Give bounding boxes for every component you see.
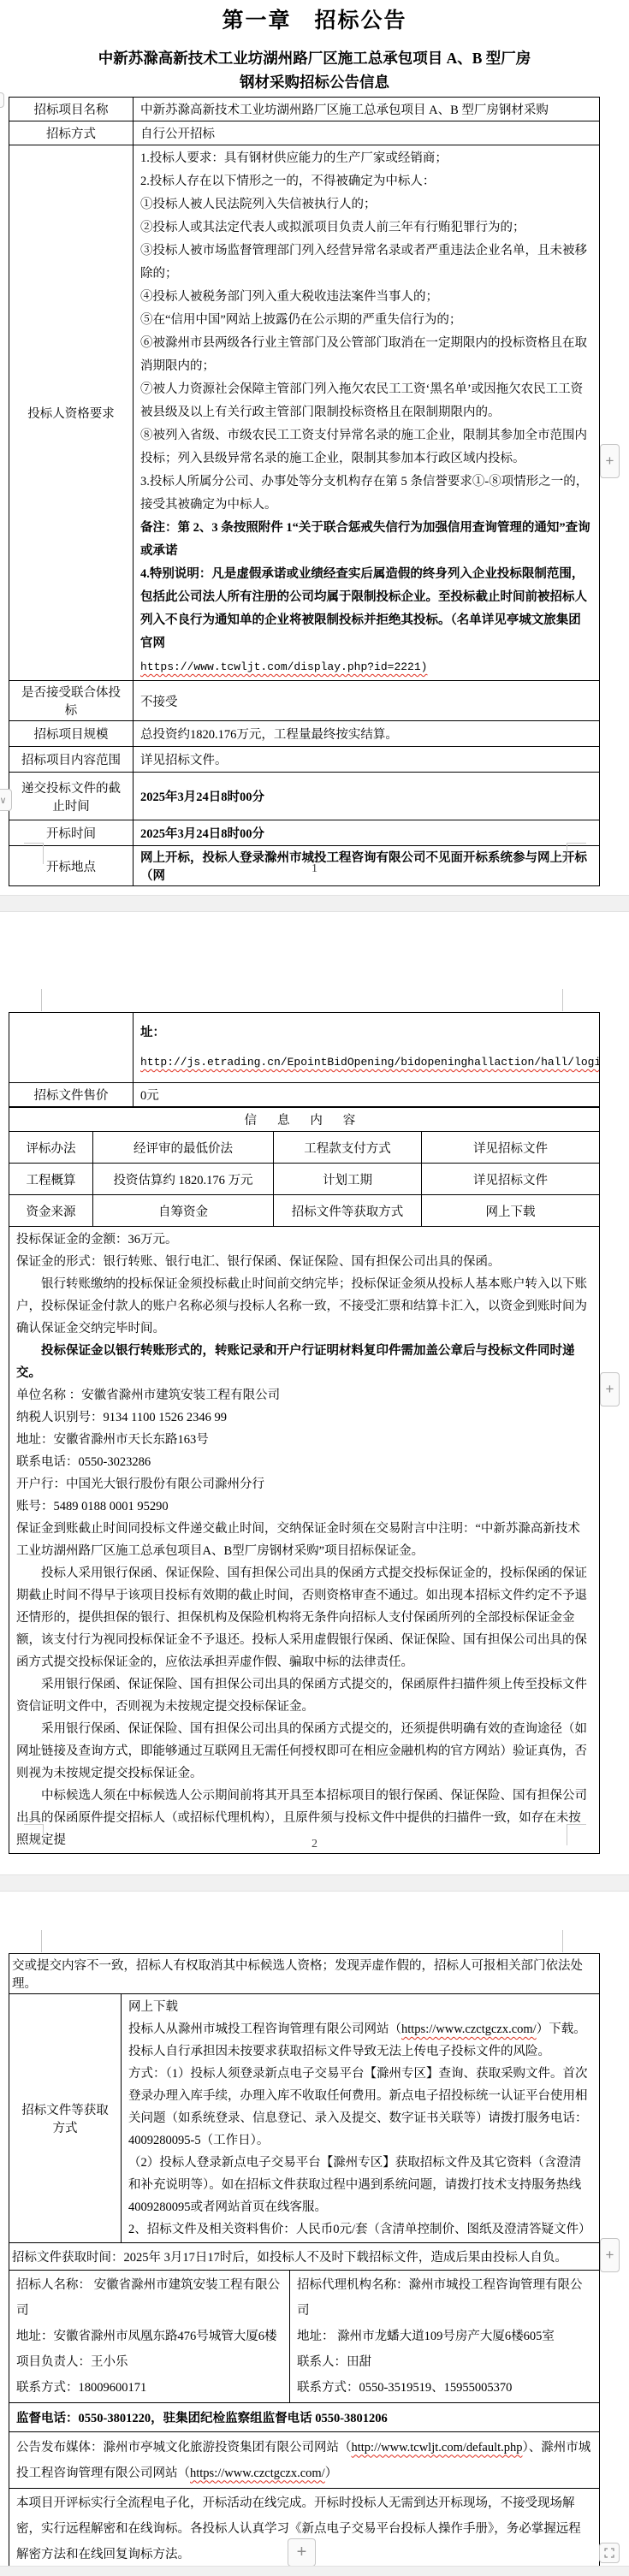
side-toolbar-button[interactable] (0, 92, 4, 108)
paragraph: 网上下载 (128, 1996, 592, 2018)
agency-phone: 联系方式：0550-3519519、15955005370 (297, 2375, 592, 2401)
row-value: 不接受 (134, 681, 600, 721)
table-row: 招标方式 自行公开招标 (9, 121, 600, 145)
table-row: 递交投标文件的截止时间 2025年3月24日8时00分 (9, 773, 600, 820)
open-bid-address-table: 址： http://js.etrading.cn/EpointBidOpenin… (9, 1012, 600, 1107)
row-label: 是否接受联合体投标 (9, 681, 134, 721)
page-separator (0, 895, 629, 912)
row-label: 招标文件等获取方式 (9, 1994, 122, 2243)
page-margin-mark (562, 1930, 563, 1952)
paragraph: 2.投标人存在以下情形之一的，不得被确定为中标人： (140, 170, 592, 193)
table-row: 公告发布媒体：滁州市亭城文化旅游投资集团有限公司网站（http://www.tc… (9, 2432, 600, 2489)
document-preview: 第一章 招标公告 中新苏滁高新技术工业坊湖州路厂区施工总承包项目 A、B 型厂房… (0, 0, 629, 2576)
table-row: 招标文件售价 0元 (9, 1083, 600, 1107)
row-label: 评标办法 (9, 1132, 93, 1164)
paragraph: 投标人从滁州市城投工程咨询管理有限公司网站（https://www.czctgc… (128, 2018, 592, 2040)
info-header: 信 息 内 容 (9, 1108, 600, 1132)
row-label: 招标项目内容范围 (9, 747, 134, 773)
table-row-contacts: 招标人名称： 安徽省滁州市建筑安装工程有限公司 地址：安徽省滁州市凤凰东路476… (9, 2271, 600, 2403)
table-row: 招标文件获取时间：2025年 3月17日17时后，如投标人不及时下载招标文件，造… (9, 2243, 600, 2271)
paragraph: 3.投标人所属分公司、办事处等分支机构存在第 5 条信誉要求①-⑧项情形之一的，… (140, 471, 592, 517)
paragraph: 采用银行保函、保证保险、国有担保公司出具的保函方式提交的，保函原件扫描件须上传至… (16, 1673, 592, 1718)
row-label: 资金来源 (9, 1195, 93, 1227)
info-content-table: 信 息 内 容 评标办法 经评审的最低价法 工程款支付方式 详见招标文件 工程概… (9, 1107, 600, 1854)
row-value: 2025年3月24日8时00分 (134, 820, 600, 846)
paragraph: ②投标人或其法定代表人或拟派项目负责人前三年有行贿犯罪行为的； (140, 216, 592, 240)
table-row: 工程概算 投资估算约 1820.176 万元 计划工期 详见招标文件 (9, 1164, 600, 1195)
row-value: 中新苏滁高新技术工业坊湖州路厂区施工总承包项目 A、B 型厂房钢材采购 (134, 98, 600, 121)
table-row: 址： http://js.etrading.cn/EpointBidOpenin… (9, 1013, 600, 1083)
row-value: 总投资约1820.176万元，工程量最终按实结算。 (134, 721, 600, 747)
row-label: 招标项目规模 (9, 721, 134, 747)
bid-deposit-cell: 投标保证金的金额：36万元。 保证金的形式：银行转账、银行电汇、银行保函、保证保… (9, 1227, 600, 1854)
bottom-separator (0, 2566, 629, 2576)
table-row: 招标项目名称 中新苏滁高新技术工业坊湖州路厂区施工总承包项目 A、B 型厂房钢材… (9, 98, 600, 121)
row-value: 0元 (134, 1083, 600, 1107)
paragraph: 地址：安徽省滁州市天长东路163号 (16, 1429, 592, 1451)
zoom-in-button[interactable]: + (600, 444, 620, 478)
document-title: 中新苏滁高新技术工业坊湖州路厂区施工总承包项目 A、B 型厂房 钢材采购招标公告… (0, 46, 629, 94)
table-row: 评标办法 经评审的最低价法 工程款支付方式 详见招标文件 (9, 1132, 600, 1164)
table-row: 交或提交内容不一致，招标人有权取消其中标候选人资格；发现弄虚作假的，招标人可报相… (9, 1954, 600, 1994)
open-bid-system-url-link[interactable]: http://js.etrading.cn/EpointBidOpening/b… (140, 1056, 600, 1069)
paragraph: 保证金到账截止时间同投标文件递交截止时间，交纳保证金时须在交易附言中注明：“中新… (16, 1518, 592, 1562)
row-label: 招标项目名称 (9, 98, 134, 121)
agency-name: 招标代理机构名称：滁州市城投工程咨询管理有限公司 (297, 2272, 592, 2324)
acquire-method-cell: 网上下载 投标人从滁州市城投工程咨询管理有限公司网站（https://www.c… (122, 1994, 600, 2243)
table-row: 监督电话：0550-3801220，驻集团纪检监察组监督电话 0550-3801… (9, 2403, 600, 2432)
tenderer-manager: 项目负责人：王小乐 (16, 2349, 282, 2375)
document-title-line2: 钢材采购招标公告信息 (0, 70, 629, 94)
paragraph: ⑦被人力资源社会保障主管部门列入拖欠农民工工资‘黑名单’或因拖欠农民工工资被县级… (140, 378, 592, 424)
row-label: 招标方式 (9, 121, 134, 145)
table-row-qualification: 投标人资格要求 1.投标人要求：具有钢材供应能力的生产厂家或经销商； 2.投标人… (9, 145, 600, 681)
consistency-note-cell: 交或提交内容不一致，招标人有权取消其中标候选人资格；发现弄虚作假的，招标人可报相… (9, 1954, 600, 1994)
zoom-in-button[interactable]: + (600, 2238, 620, 2272)
paragraph: ⑧被列入省级、市级农民工工资支付异常名录的施工企业，限制其参加全市范围内投标；列… (140, 424, 592, 471)
paragraph: ⑤在“信用中国”网站上披露仍在公示期的严重失信行为的； (140, 309, 592, 332)
page-number: 2 (0, 1838, 629, 1851)
page-margin-mark (24, 843, 44, 864)
row-value: 投资估算约 1820.176 万元 (93, 1164, 274, 1195)
table-row: 开标时间 2025年3月24日8时00分 (9, 820, 600, 846)
page-margin-mark (41, 989, 42, 1011)
row-value: 详见招标文件。 (134, 747, 600, 773)
paragraph: 单位名称 ：安徽省滁州市建筑安装工程有限公司 (16, 1384, 592, 1406)
tenderer-phone: 联系方式：18009600171 (16, 2375, 282, 2401)
row-value: 网上下载 (422, 1195, 600, 1227)
paragraph: http://js.etrading.cn/EpointBidOpening/b… (140, 1047, 592, 1077)
supervision-phone-cell: 监督电话：0550-3801220，驻集团纪检监察组监督电话 0550-3801… (9, 2403, 600, 2432)
row-value: 自行公开招标 (134, 121, 600, 145)
document-title-line1: 中新苏滁高新技术工业坊湖州路厂区施工总承包项目 A、B 型厂房 (0, 46, 629, 70)
page-number: 1 (0, 862, 629, 876)
agency-contact-person: 联系人：田甜 (297, 2349, 592, 2375)
special-note-paragraph: 4.特别说明：凡是虚假承诺或业绩经查实后属造假的终身列入企业投标限制范围，包括此… (140, 563, 592, 655)
paragraph: ④投标人被税务部门列入重大税收违法案件当事人的； (140, 286, 592, 309)
tenderer-contact-cell: 招标人名称： 安徽省滁州市建筑安装工程有限公司 地址：安徽省滁州市凤凰东路476… (9, 2271, 290, 2403)
paragraph: 纳税人识别号：9134 1100 1526 2346 99 (16, 1406, 592, 1429)
paragraph: 保证金的形式：银行转账、银行电汇、银行保函、保证保险、国有担保公司出具的保函。 (16, 1251, 592, 1273)
paragraph: 1.投标人要求：具有钢材供应能力的生产厂家或经销商； (140, 147, 592, 170)
contacts-and-media-table: 交或提交内容不一致，招标人有权取消其中标候选人资格；发现弄虚作假的，招标人可报相… (9, 1953, 600, 2570)
paragraph: 投标保证金的金额：36万元。 (16, 1229, 592, 1251)
row-label: 招标文件等获取方式 (274, 1195, 422, 1227)
czctgczx-url-link[interactable]: https://www.czctgczx.com/ (190, 2466, 325, 2480)
agency-address: 地址： 滁州市龙蟠大道109号房产大厦6楼605室 (297, 2324, 592, 2349)
table-row: 招标项目规模 总投资约1820.176万元，工程量最终按实结算。 (9, 721, 600, 747)
page-margin-mark (567, 843, 586, 864)
paragraph: 联系电话：0550-3023286 (16, 1451, 592, 1473)
paragraph: （2）投标人登录新点电子交易平台【滁州专区】获取招标文件及其它资料（含澄清和补充… (128, 2152, 592, 2218)
paragraph: 方式：（1）投标人须登录新点电子交易平台【滁州专区】查询、获取采购文件。首次登录… (128, 2063, 592, 2152)
row-label: 工程概算 (9, 1164, 93, 1195)
row-value: 详见招标文件 (422, 1164, 600, 1195)
page-margin-mark (562, 989, 563, 1011)
row-label: 工程款支付方式 (274, 1132, 422, 1164)
row-label: 开标时间 (9, 820, 134, 846)
table-row-deposit: 投标保证金的金额：36万元。 保证金的形式：银行转账、银行电汇、银行保函、保证保… (9, 1227, 600, 1854)
row-value: 经评审的最低价法 (93, 1132, 274, 1164)
row-label: 招标文件售价 (9, 1083, 134, 1107)
zoom-in-button[interactable]: + (600, 1372, 620, 1406)
page-margin-mark (41, 1930, 42, 1952)
open-bid-url-cell: 址： http://js.etrading.cn/EpointBidOpenin… (134, 1013, 600, 1083)
tenderer-name: 招标人名称： 安徽省滁州市建筑安装工程有限公司 (16, 2272, 282, 2324)
table-row: 是否接受联合体投标 不接受 (9, 681, 600, 721)
paragraph: 账号：5489 0188 0001 95290 (16, 1495, 592, 1518)
acquire-time-cell: 招标文件获取时间：2025年 3月17日17时后，如投标人不及时下载招标文件，造… (9, 2243, 600, 2271)
paragraph: 投标人自行承担因未按要求获取招标文件导致无法上传电子投标文件的风险。 (128, 2040, 592, 2063)
row-label: 递交投标文件的截止时间 (9, 773, 134, 820)
row-label-empty (9, 1013, 134, 1083)
zoom-in-button[interactable]: + (288, 2538, 316, 2567)
tcwljt-url-link[interactable]: http://www.tcwljt.com/default.php (352, 2441, 523, 2455)
paragraph: ①投标人被人民法院列入失信被执行人的； (140, 193, 592, 216)
blacklist-url-link[interactable]: https://www.tcwljt.com/display.php?id=22… (140, 660, 427, 673)
row-value: 2025年3月24日8时00分 (134, 773, 600, 820)
table-row-acquire: 招标文件等获取方式 网上下载 投标人从滁州市城投工程咨询管理有限公司网站（htt… (9, 1994, 600, 2243)
table-row: 招标项目内容范围 详见招标文件。 (9, 747, 600, 773)
table-row: 资金来源 自筹资金 招标文件等获取方式 网上下载 (9, 1195, 600, 1227)
paragraph: 采用银行保函、保证保险、国有担保公司出具的保函方式提交的，还须提供明确有效的查询… (16, 1718, 592, 1785)
paragraph: ③投标人被市场监督管理部门列入经营异常名录或者严重违法企业名单，且未被移除的； (140, 240, 592, 286)
fullscreen-icon (604, 2548, 614, 2558)
bid-announcement-table: 招标项目名称 中新苏滁高新技术工业坊湖州路厂区施工总承包项目 A、B 型厂房钢材… (9, 97, 600, 886)
row-label: 投标人资格要求 (9, 145, 134, 681)
tenderer-address: 地址：安徽省滁州市凤凰东路476号城管大厦6楼 (16, 2324, 282, 2349)
paragraph: https://www.tcwljt.com/display.php?id=22… (140, 655, 592, 678)
page-separator (0, 1874, 629, 1892)
paragraph: 投标保证金以银行转账形式的，转账记录和开户行证明材料复印件需加盖公章后与投标文件… (16, 1340, 592, 1384)
qualification-cell: 1.投标人要求：具有钢材供应能力的生产厂家或经销商； 2.投标人存在以下情形之一… (134, 145, 600, 681)
scroll-down-button[interactable]: ∨ (0, 789, 12, 811)
paragraph: 2、招标文件及相关资料售价：人民币0元/套（含清单控制价、图纸及澄清答疑文件） (128, 2218, 592, 2241)
agency-site-url-link[interactable]: https://www.czctgczx.com/ (401, 2022, 537, 2036)
row-value: 详见招标文件 (422, 1132, 600, 1164)
row-value: 自筹资金 (93, 1195, 274, 1227)
paragraph: 开户行：中国光大银行股份有限公司滁州分行 (16, 1473, 592, 1495)
paragraph: 址： (140, 1018, 592, 1047)
paragraph: 投标人采用银行保函、保证保险、国有担保公司出具的保函方式提交投标保证金的，投标保… (16, 1562, 592, 1673)
paragraph: ⑥被滁州市县两级各行业主管部门及公管部门取消在一定期限内的投标资格且在取消期限内… (140, 332, 592, 378)
note-paragraph: 备注：第 2、3 条按照附件 1“关于联合惩戒失信行为加强信用查询管理的通知”查… (140, 517, 592, 563)
agency-contact-cell: 招标代理机构名称：滁州市城投工程咨询管理有限公司 地址： 滁州市龙蟠大道109号… (290, 2271, 600, 2403)
chapter-title: 第一章 招标公告 (0, 3, 629, 34)
table-header-row: 信 息 内 容 (9, 1108, 600, 1132)
paragraph: 银行转账缴纳的投标保证金须投标截止时间前交纳完毕；投标保证金须从投标人基本账户转… (16, 1273, 592, 1340)
media-cell: 公告发布媒体：滁州市亭城文化旅游投资集团有限公司网站（http://www.tc… (9, 2432, 600, 2489)
fullscreen-button[interactable] (599, 2543, 620, 2563)
row-label: 计划工期 (274, 1164, 422, 1195)
